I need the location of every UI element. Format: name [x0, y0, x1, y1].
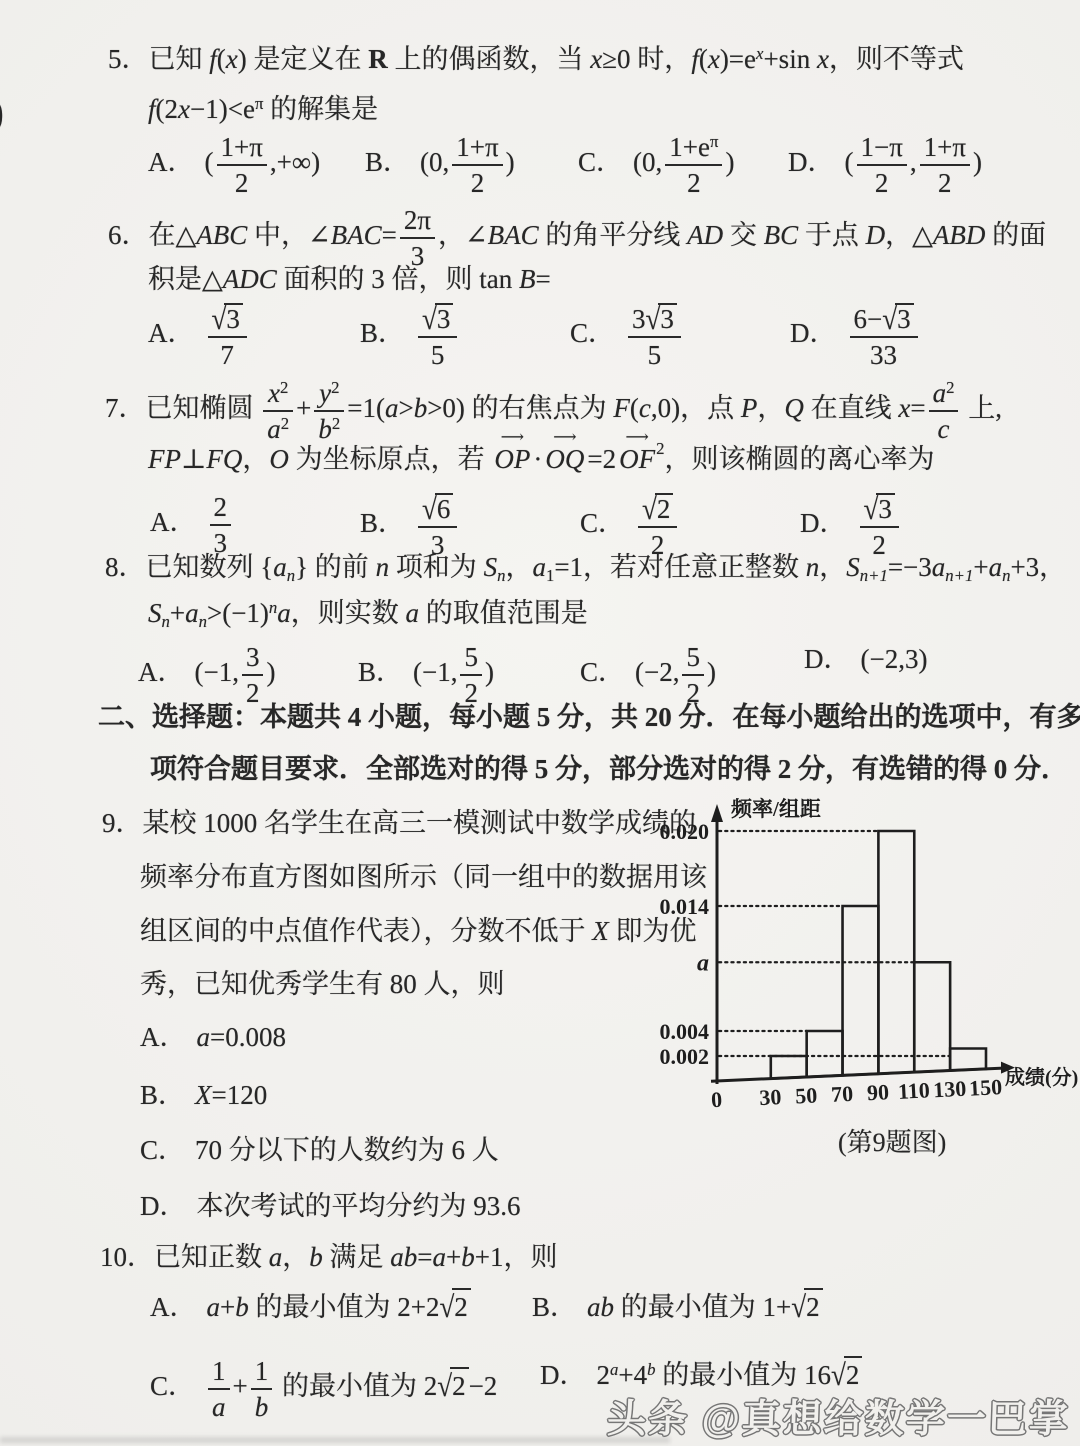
option-value: (−1,52) — [413, 657, 494, 687]
section-2-header-line-2: 项符合题目要求．全部选对的得 5 分，部分选对的得 2 分，有选错的得 0 分． — [150, 752, 1068, 787]
q8-option-c: C．(−2,52) — [580, 642, 716, 708]
option-value: (1−π2,1+π2) — [845, 147, 982, 177]
option-label: B． — [365, 147, 410, 177]
option-label: A． — [140, 1022, 187, 1052]
watermark: 头条 @真想给数学一巴掌 — [0, 1388, 1071, 1444]
option-label: C． — [578, 147, 623, 177]
q10-option-b: B．ab 的最小值为 1+√2 — [532, 1288, 823, 1325]
q9-option-a: A．a=0.008 — [140, 1020, 286, 1055]
option-value: (−1,32) — [195, 657, 276, 687]
q7-line-2: FP⊥FQ，O 为坐标原点，若 OP·OQ=2OF2，则该椭圆的离心率为 — [148, 442, 935, 477]
stray-mark: ) — [0, 86, 4, 141]
option-value: √37 — [205, 318, 250, 348]
svg-text:90: 90 — [866, 1079, 889, 1105]
svg-text:50: 50 — [795, 1082, 818, 1108]
q8-line-1: 8．已知数列 {an} 的前 n 项和为 Sn，a1=1，若对任意正整数 n，S… — [105, 550, 1066, 585]
q5-options: A．(1+π2,+∞) B．(0,1+π2) C．(0,1+eπ2) D．(1−… — [112, 132, 1062, 212]
option-label: A． — [148, 318, 195, 348]
q8-line-2: Sn+an>(−1)na，则实数 a 的取值范围是 — [148, 596, 588, 631]
option-label: C． — [580, 508, 625, 538]
option-value: 23 — [207, 507, 235, 537]
option-value: √32 — [857, 508, 902, 538]
svg-text:30: 30 — [759, 1084, 782, 1110]
svg-text:0.004: 0.004 — [660, 1019, 710, 1044]
option-value: 3√35 — [625, 318, 684, 348]
option-label: D． — [790, 318, 837, 348]
section-2-header-line-1: 二、选择题：本题共 4 小题，每小题 5 分，共 20 分．在每小题给出的选项中… — [98, 700, 1080, 735]
option-label: D． — [140, 1191, 187, 1221]
q5-line-1: 5．已知 f(x) 是定义在 R 上的偶函数，当 x≥0 时，f(x)=ex+s… — [108, 42, 964, 77]
option-label: C． — [570, 318, 615, 348]
svg-text:0: 0 — [710, 1087, 722, 1113]
option-value: √63 — [415, 508, 460, 538]
option-label: B． — [140, 1080, 185, 1110]
option-value: ab 的最小值为 1+√2 — [587, 1292, 823, 1322]
option-label: D． — [804, 644, 851, 674]
option-value: 2a+4b 的最小值为 16√2 — [597, 1360, 863, 1390]
svg-text:110: 110 — [897, 1077, 930, 1104]
option-label: B． — [360, 318, 405, 348]
option-value: 70 分以下的人数约为 6 人 — [195, 1135, 499, 1165]
option-label: A． — [148, 147, 195, 177]
q8-option-b: B．(−1,52) — [358, 642, 494, 708]
q5-option-c: C．(0,1+eπ2) — [578, 132, 734, 198]
q9-option-b: B．X=120 — [140, 1078, 267, 1113]
svg-text:130: 130 — [933, 1076, 967, 1103]
svg-text:0.020: 0.020 — [660, 819, 710, 844]
svg-text:a: a — [697, 950, 709, 976]
option-label: C． — [140, 1135, 185, 1165]
q6-line-2: 积是△ADC 面积的 3 倍，则 tan B= — [148, 262, 551, 297]
option-label: B． — [358, 657, 403, 687]
q9-line-2: 频率分布直方图如图所示（同一组中的数据用该 — [140, 860, 707, 895]
svg-text:70: 70 — [830, 1081, 853, 1107]
option-value: √22 — [635, 508, 680, 538]
histogram-svg: 频率/组距0.0200.014a0.0040.00203050709011013… — [645, 792, 1080, 1122]
option-label: A． — [150, 1292, 197, 1322]
option-label: D． — [540, 1360, 587, 1390]
option-label: A． — [150, 507, 197, 537]
exam-paper-page: ) 5．已知 f(x) 是定义在 R 上的偶函数，当 x≥0 时，f(x)=ex… — [0, 0, 1080, 1446]
q6-line-1: 6．在△ABC 中，∠BAC=2π3，∠BAC 的角平分线 AD 交 BC 于点… — [108, 205, 1046, 271]
q5-option-d: D．(1−π2,1+π2) — [788, 132, 982, 198]
option-value: (1+π2,+∞) — [205, 147, 321, 177]
q5-option-a: A．(1+π2,+∞) — [148, 132, 320, 198]
q9-option-c: C．70 分以下的人数约为 6 人 — [140, 1133, 499, 1168]
option-value: 本次考试的平均分约为 93.6 — [197, 1191, 521, 1221]
option-label: B． — [532, 1292, 577, 1322]
svg-text:频率/组距: 频率/组距 — [731, 797, 821, 821]
chart-caption: (第9题图) — [838, 1126, 946, 1160]
q8-option-d: D．(−2,3) — [804, 642, 927, 677]
q6-option-d: D．6−√333 — [790, 302, 921, 370]
q9-option-d: D．本次考试的平均分约为 93.6 — [140, 1189, 521, 1224]
q6-option-a: A．√37 — [148, 302, 250, 370]
q6-option-b: B．√35 — [360, 302, 460, 370]
svg-text:成绩(分): 成绩(分) — [1005, 1065, 1078, 1089]
q10-line-1: 10．已知正数 a，b 满足 ab=a+b+1，则 — [100, 1240, 557, 1275]
q5-line-2: f(2x−1)<eπ 的解集是 — [148, 92, 378, 127]
q9-line-4: 秀，已知优秀学生有 80 人，则 — [140, 967, 505, 1002]
option-label: D． — [800, 508, 847, 538]
option-value: a+b 的最小值为 2+2√2 — [207, 1292, 471, 1322]
option-label: C． — [580, 657, 625, 687]
option-label: B． — [360, 508, 405, 538]
q9-line-3: 组区间的中点值作代表），分数不低于 X 即为优 — [140, 914, 697, 949]
q9-histogram: 频率/组距0.0200.014a0.0040.00203050709011013… — [645, 792, 1080, 1122]
q9-line-1: 9．某校 1000 名学生在高三一模测试中数学成绩的 — [102, 806, 696, 841]
option-label: A． — [138, 657, 185, 687]
option-value: (−2,3) — [861, 644, 928, 674]
q5-option-b: B．(0,1+π2) — [365, 132, 515, 198]
q8-option-a: A．(−1,32) — [138, 642, 275, 708]
q10-option-a: A．a+b 的最小值为 2+2√2 — [150, 1288, 471, 1325]
svg-text:0.014: 0.014 — [660, 894, 710, 919]
option-value: (0,1+eπ2) — [633, 147, 734, 177]
svg-text:150: 150 — [968, 1074, 1002, 1101]
option-value: 6−√333 — [847, 318, 921, 348]
option-value: √35 — [415, 318, 460, 348]
option-value: (0,1+π2) — [420, 147, 515, 177]
q6-option-c: C．3√35 — [570, 302, 684, 370]
option-value: X=120 — [195, 1080, 267, 1110]
option-label: D． — [788, 147, 835, 177]
q6-options: A．√37 B．√35 C．3√35 D．6−√333 — [112, 302, 1062, 382]
q7-option-a: A．23 — [150, 492, 234, 558]
option-value: a=0.008 — [197, 1022, 286, 1052]
scan-smudge — [0, 1437, 670, 1443]
option-value: (−2,52) — [635, 657, 716, 687]
svg-text:0.002: 0.002 — [660, 1044, 710, 1069]
